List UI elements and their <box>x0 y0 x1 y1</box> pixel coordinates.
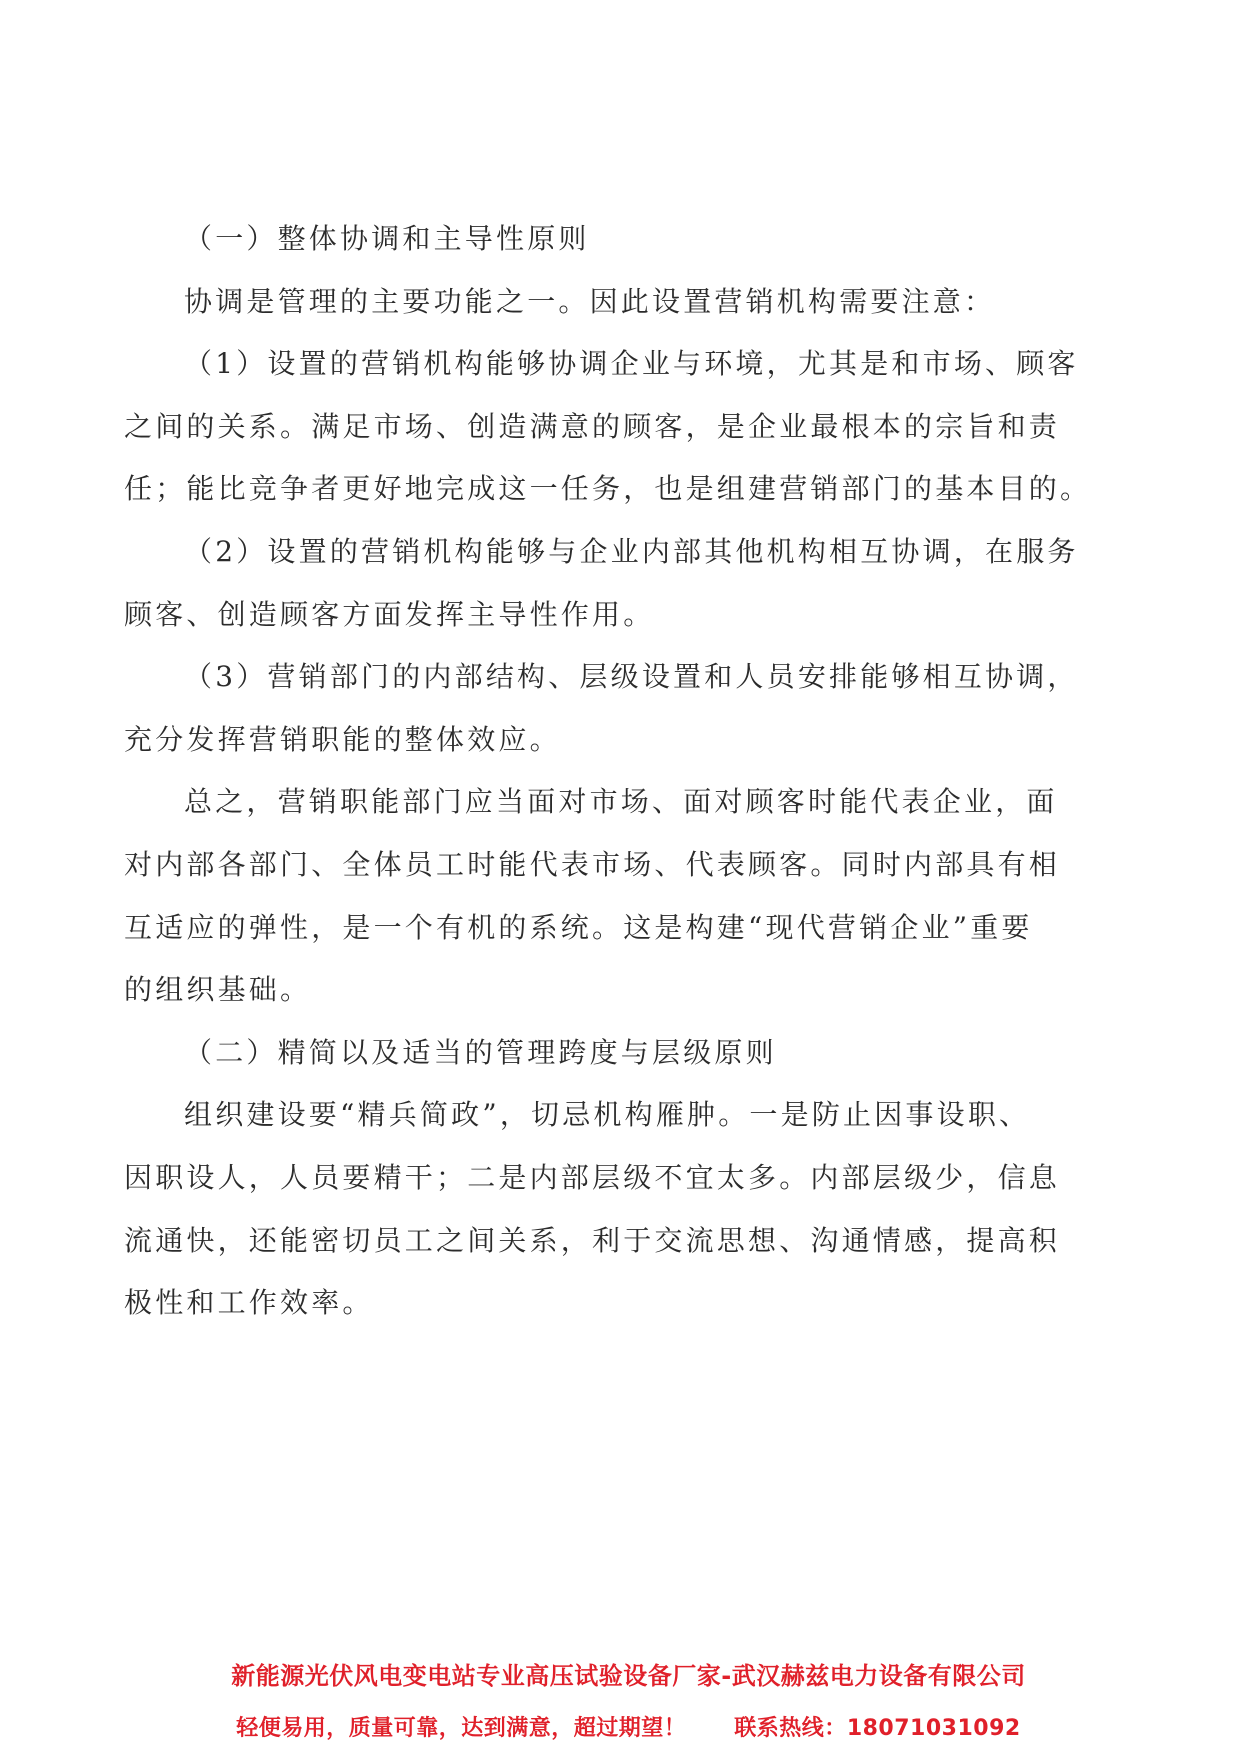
hotline-number: 18071031092 <box>847 1716 1021 1741</box>
paragraph-line: 顾客、创造顾客方面发挥主导性作用。 <box>124 584 1134 647</box>
paragraph-line: 的组织基础。 <box>124 959 1134 1022</box>
paragraph-line: （1）设置的营销机构能够协调企业与环境，尤其是和市场、顾客 <box>124 333 1134 396</box>
footer-slogan: 轻便易用，质量可靠，达到满意，超过期望！ <box>236 1716 686 1741</box>
paragraph-line: 总之，营销职能部门应当面对市场、面对顾客时能代表企业，面 <box>124 771 1134 834</box>
document-body: （一）整体协调和主导性原则 协调是管理的主要功能之一。因此设置营销机构需要注意：… <box>124 208 1134 1335</box>
paragraph-line: 之间的关系。满足市场、创造满意的顾客，是企业最根本的宗旨和责 <box>124 396 1134 459</box>
section-heading-1: （一）整体协调和主导性原则 <box>124 208 1134 271</box>
section-heading-2: （二）精简以及适当的管理跨度与层级原则 <box>124 1022 1134 1085</box>
paragraph-line: 协调是管理的主要功能之一。因此设置营销机构需要注意： <box>124 271 1134 334</box>
paragraph-line: 充分发挥营销职能的整体效应。 <box>124 709 1134 772</box>
paragraph-line: 互适应的弹性，是一个有机的系统。这是构建“现代营销企业”重要 <box>124 897 1134 960</box>
paragraph-line: 极性和工作效率。 <box>124 1272 1134 1335</box>
paragraph-line: （3）营销部门的内部结构、层级设置和人员安排能够相互协调， <box>124 646 1134 709</box>
footer-company-banner: 新能源光伏风电变电站专业高压试验设备厂家-武汉赫兹电力设备有限公司 <box>8 1656 1241 1691</box>
paragraph-line: 任；能比竞争者更好地完成这一任务，也是组建营销部门的基本目的。 <box>124 458 1134 521</box>
paragraph-line: 对内部各部门、全体员工时能代表市场、代表顾客。同时内部具有相 <box>124 834 1134 897</box>
document-page: （一）整体协调和主导性原则 协调是管理的主要功能之一。因此设置营销机构需要注意：… <box>0 0 1241 1754</box>
hotline-label: 联系热线： <box>734 1716 847 1741</box>
paragraph-line: （2）设置的营销机构能够与企业内部其他机构相互协调，在服务 <box>124 521 1134 584</box>
footer-contact-line: 轻便易用，质量可靠，达到满意，超过期望！联系热线：18071031092 <box>8 1711 1241 1742</box>
paragraph-line: 流通快，还能密切员工之间关系，利于交流思想、沟通情感，提高积 <box>124 1210 1134 1273</box>
paragraph-line: 组织建设要“精兵简政”，切忌机构雁肿。一是防止因事设职、 <box>124 1084 1134 1147</box>
paragraph-line: 因职设人，人员要精干；二是内部层级不宜太多。内部层级少，信息 <box>124 1147 1134 1210</box>
